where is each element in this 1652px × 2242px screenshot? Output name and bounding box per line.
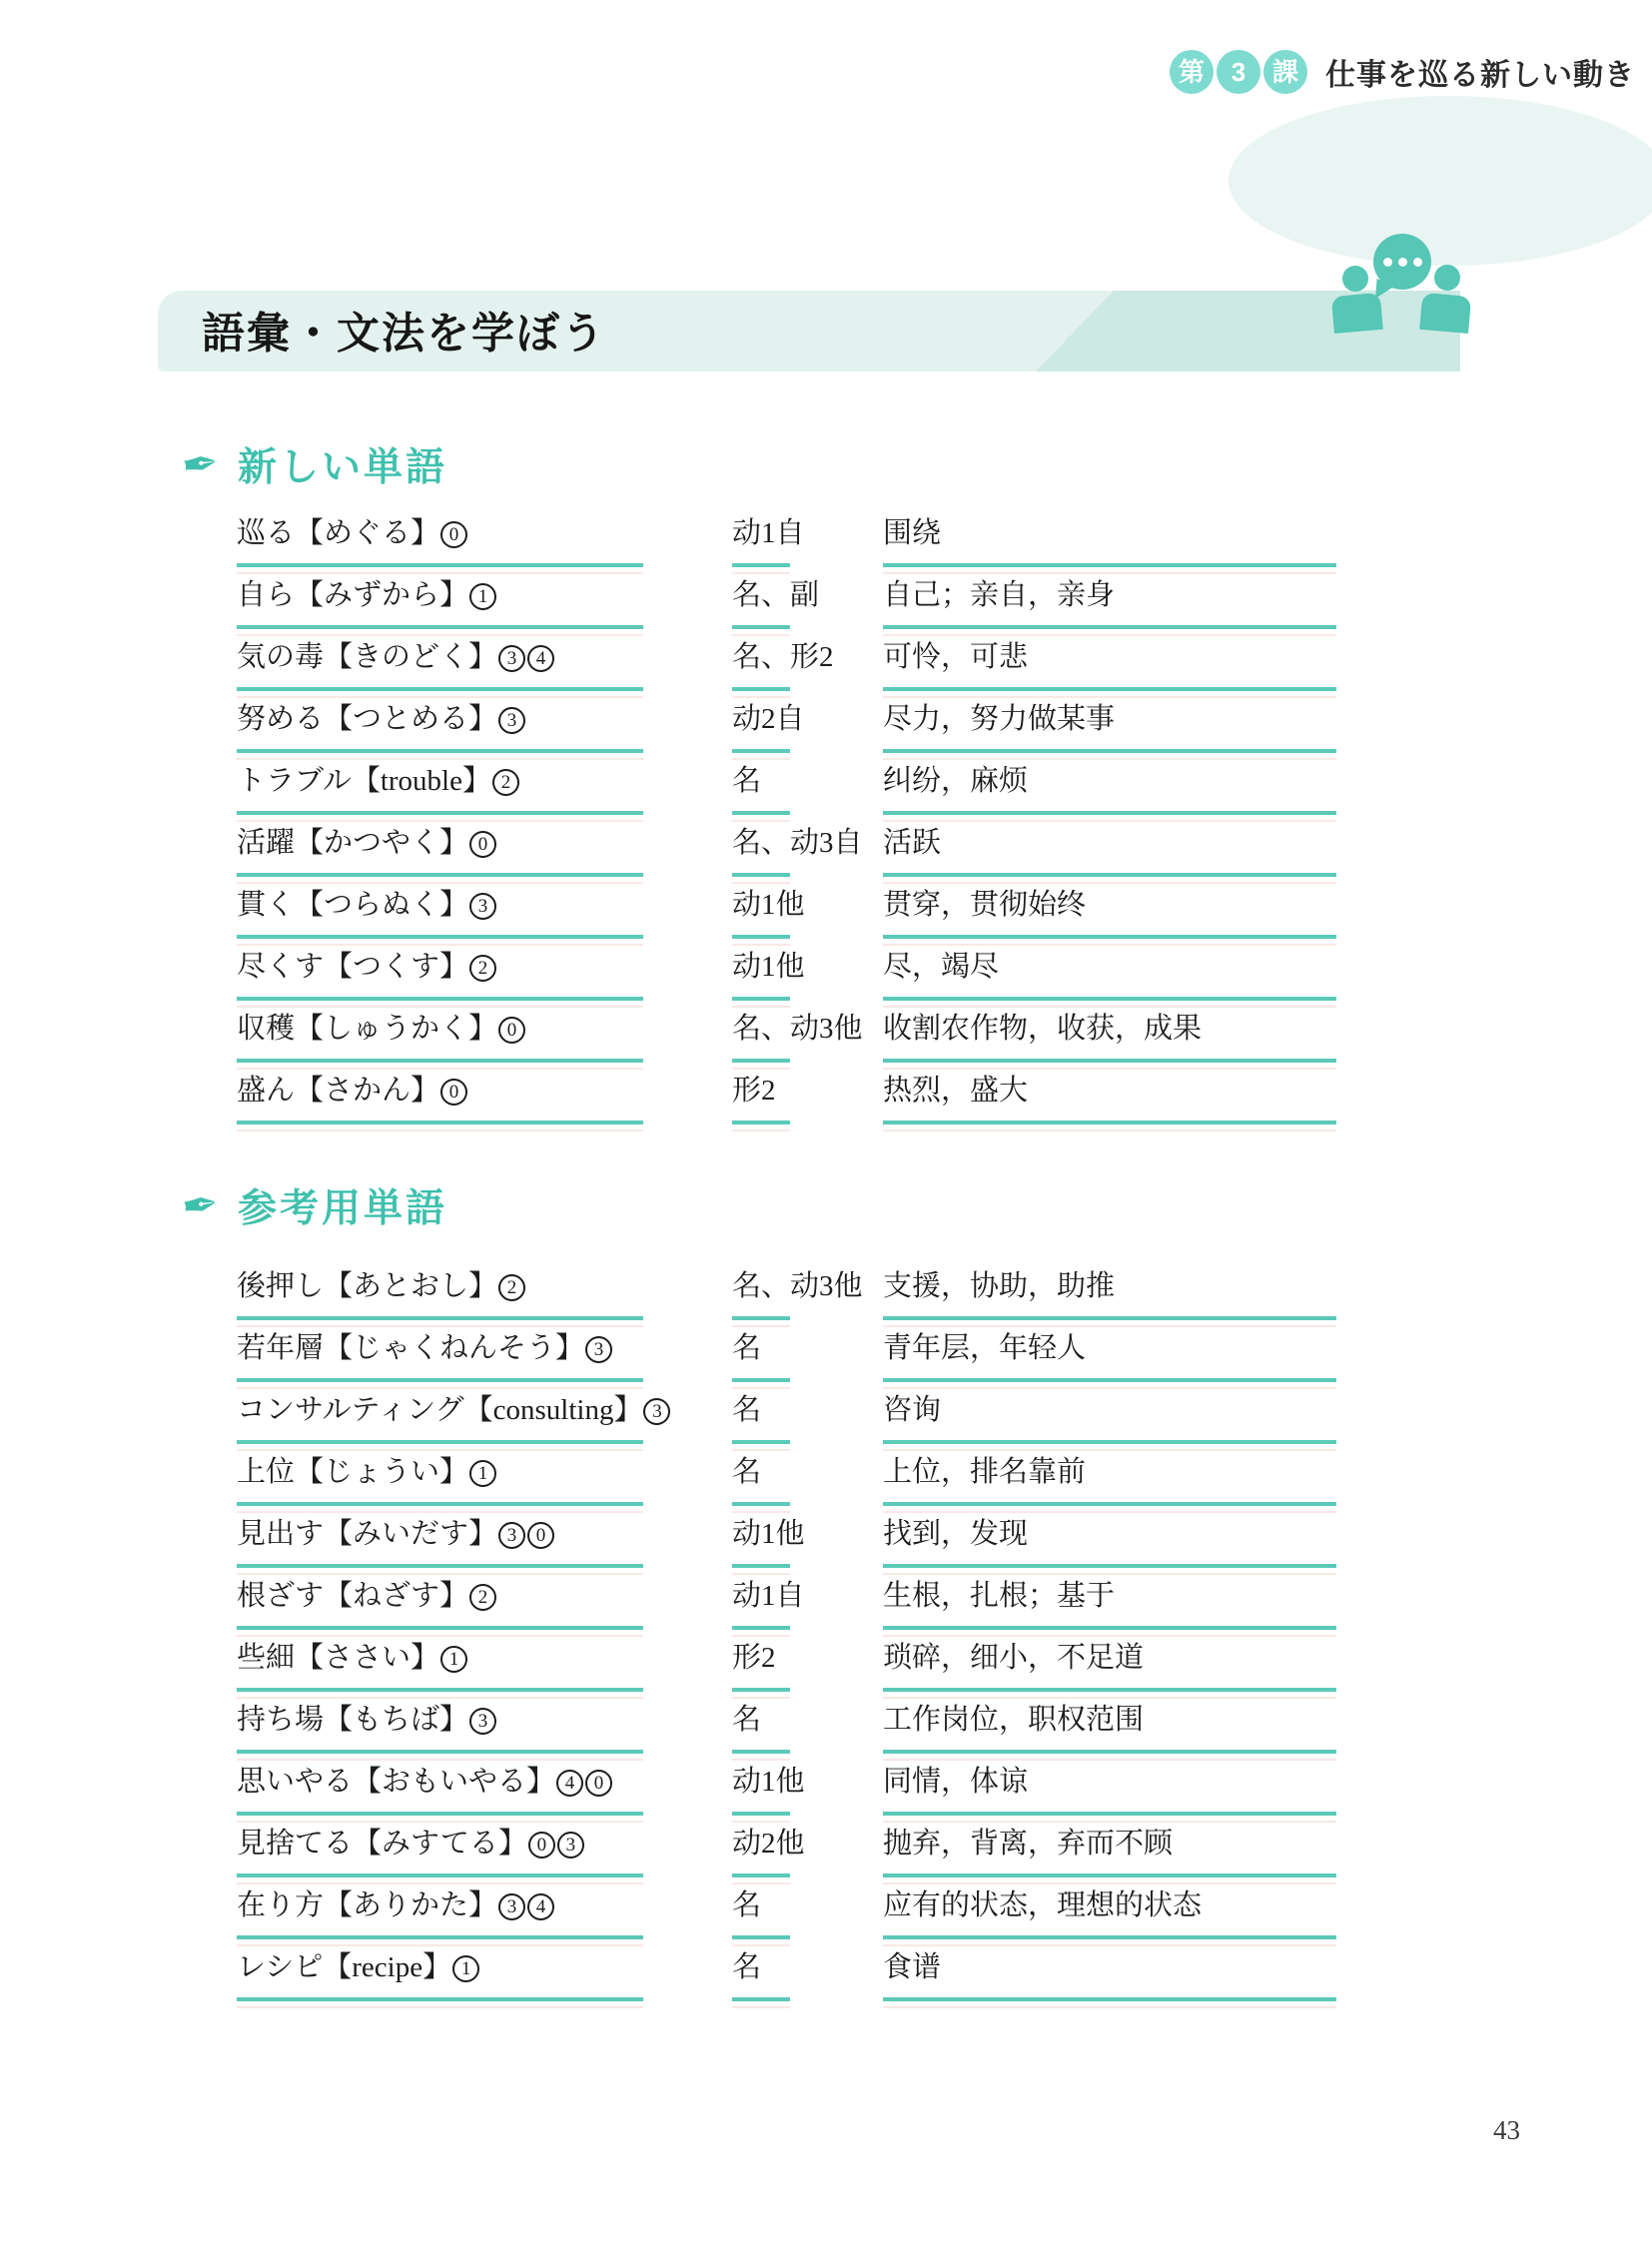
vocab-row: 見出す【みいだす】30 动1他 找到，发现: [237, 1506, 1520, 1568]
accent-number: 3: [498, 1522, 525, 1549]
chapter-badge: 第 3 課: [1170, 50, 1307, 94]
pos-cell: 名、副: [732, 567, 790, 629]
vocab-row: 収穫【しゅうかく】0 名、动3他 收割农作物，收获，成果: [237, 1001, 1520, 1063]
meaning-cell: 抛弃，背离，弃而不顾: [883, 1816, 1336, 1877]
pos-cell: 动1自: [732, 1568, 790, 1630]
chapter-badge-circle: 3: [1217, 50, 1260, 94]
accent-number: 2: [492, 769, 519, 796]
word-cell: 巡る【めぐる】0: [237, 505, 643, 567]
speech-dots-icon: [1398, 258, 1407, 267]
meaning-cell: 咨询: [883, 1382, 1336, 1444]
meaning-cell: 可怜，可悲: [883, 629, 1336, 691]
word-cell: 若年層【じゃくねんそう】3: [237, 1320, 643, 1382]
vocab-row: 気の毒【きのどく】34 名、形2 可怜，可悲: [237, 629, 1520, 691]
meaning-cell: 尽，竭尽: [883, 939, 1336, 1001]
pen-nib-icon: ✒: [179, 439, 235, 490]
accent-number: 3: [585, 1336, 612, 1363]
vocab-table: 巡る【めぐる】0 动1自 围绕 自ら【みずから】1 名、副 自己；亲自，亲身 気…: [237, 505, 1520, 1124]
vocab-row: 巡る【めぐる】0 动1自 围绕: [237, 505, 1520, 567]
textbook-page: 第 3 課 仕事を巡る新しい動き 語彙・文法を学ぼう ✒ 新しい単語 巡る【めぐ…: [0, 0, 1652, 2242]
word-cell: レシピ【recipe】1: [237, 1939, 643, 2001]
vocab-section: ✒ 参考用単語 後押し【あとおし】2 名、动3他 支援，协助，助推 若年層【じゃ…: [182, 1180, 1520, 2001]
vocab-section: ✒ 新しい単語 巡る【めぐる】0 动1自 围绕 自ら【みずから】1 名、副 自己…: [182, 439, 1520, 1124]
meaning-cell: 尽力，努力做某事: [883, 691, 1336, 753]
pos-cell: 动1他: [732, 877, 790, 939]
word-cell: トラブル【trouble】2: [237, 753, 643, 815]
meaning-cell: 活跃: [883, 815, 1336, 877]
pen-nib-icon: ✒: [179, 1180, 235, 1231]
section-title: ✒ 新しい単語: [182, 439, 1520, 489]
pos-cell: 名: [732, 1877, 790, 1939]
pos-cell: 形2: [732, 1063, 790, 1124]
vocab-row: レシピ【recipe】1 名 食谱: [237, 1939, 1520, 2001]
pos-cell: 名: [732, 1939, 790, 2001]
vocab-row: コンサルティング【consulting】3 名 咨询: [237, 1382, 1520, 1444]
word-cell: 自ら【みずから】1: [237, 567, 643, 629]
meaning-cell: 找到，发现: [883, 1506, 1336, 1568]
person-right-head-icon: [1434, 265, 1460, 291]
meaning-cell: 生根，扎根；基于: [883, 1568, 1336, 1630]
word-cell: 見捨てる【みすてる】03: [237, 1816, 643, 1877]
word-cell: 見出す【みいだす】30: [237, 1506, 643, 1568]
vocab-row: 尽くす【つくす】2 动1他 尽，竭尽: [237, 939, 1520, 1001]
chapter-header: 第 3 課 仕事を巡る新しい動き: [1170, 50, 1635, 94]
meaning-cell: 琐碎，细小，不足道: [883, 1630, 1336, 1692]
pos-cell: 名、动3他: [732, 1001, 790, 1063]
pos-cell: 形2: [732, 1630, 790, 1692]
person-right-body-icon: [1419, 293, 1471, 334]
pos-cell: 名: [732, 1444, 790, 1506]
accent-number: 2: [469, 955, 496, 982]
accent-number: 0: [440, 1079, 467, 1106]
word-cell: 収穫【しゅうかく】0: [237, 1001, 643, 1063]
section-title: ✒ 参考用単語: [182, 1180, 1520, 1230]
accent-number: 1: [469, 583, 496, 610]
pos-cell: 名: [732, 1382, 790, 1444]
pos-cell: 动2他: [732, 1816, 790, 1877]
accent-number: 3: [469, 893, 496, 920]
accent-number: 0: [469, 831, 496, 858]
word-cell: 上位【じょうい】1: [237, 1444, 643, 1506]
accent-number: 3: [557, 1832, 584, 1859]
vocab-row: 思いやる【おもいやる】40 动1他 同情，体谅: [237, 1754, 1520, 1816]
word-cell: 盛ん【さかん】0: [237, 1063, 643, 1124]
accent-number: 1: [452, 1955, 479, 1982]
word-cell: 尽くす【つくす】2: [237, 939, 643, 1001]
meaning-cell: 上位，排名靠前: [883, 1444, 1336, 1506]
vocab-row: 貫く【つらぬく】3 动1他 贯穿，贯彻始终: [237, 877, 1520, 939]
chapter-title: 仕事を巡る新しい動き: [1325, 50, 1635, 94]
pos-cell: 动1他: [732, 939, 790, 1001]
accent-number: 2: [498, 1274, 525, 1301]
person-left-head-icon: [1342, 266, 1368, 292]
vocab-row: トラブル【trouble】2 名 纠纷，麻烦: [237, 753, 1520, 815]
meaning-cell: 收割农作物，收获，成果: [883, 1001, 1336, 1063]
accent-number: 4: [556, 1770, 583, 1797]
accent-number: 1: [440, 1646, 467, 1673]
vocab-row: 些細【ささい】1 形2 琐碎，细小，不足道: [237, 1630, 1520, 1692]
banner-title: 語彙・文法を学ぼう: [202, 300, 606, 361]
accent-number: 0: [528, 1832, 555, 1859]
vocab-row: 盛ん【さかん】0 形2 热烈，盛大: [237, 1063, 1520, 1124]
speech-bubble-icon: [1373, 234, 1431, 290]
accent-number: 3: [498, 707, 525, 734]
pos-cell: 名、动3自: [732, 815, 790, 877]
vocab-row: 在り方【ありかた】34 名 应有的状态，理想的状态: [237, 1877, 1520, 1939]
word-cell: 後押し【あとおし】2: [237, 1258, 643, 1320]
pos-cell: 动1他: [732, 1506, 790, 1568]
meaning-cell: 围绕: [883, 505, 1336, 567]
pos-cell: 名: [732, 1320, 790, 1382]
meaning-cell: 热烈，盛大: [883, 1063, 1336, 1124]
meaning-cell: 贯穿，贯彻始终: [883, 877, 1336, 939]
person-left-body-icon: [1331, 293, 1383, 334]
accent-number: 0: [527, 1522, 554, 1549]
pos-cell: 名、形2: [732, 629, 790, 691]
accent-number: 0: [440, 521, 467, 548]
accent-number: 1: [469, 1460, 496, 1487]
meaning-cell: 自己；亲自，亲身: [883, 567, 1336, 629]
vocab-row: 若年層【じゃくねんそう】3 名 青年层，年轻人: [237, 1320, 1520, 1382]
vocab-table: 後押し【あとおし】2 名、动3他 支援，协助，助推 若年層【じゃくねんそう】3 …: [237, 1258, 1520, 2001]
meaning-cell: 应有的状态，理想的状态: [883, 1877, 1336, 1939]
accent-number: 4: [527, 1893, 554, 1920]
page-number: 43: [1493, 2115, 1520, 2146]
section-title-text: 参考用単語: [238, 1177, 447, 1233]
word-cell: 貫く【つらぬく】3: [237, 877, 643, 939]
accent-number: 0: [498, 1017, 525, 1044]
chapter-badge-circle: 課: [1263, 50, 1307, 94]
pos-cell: 名: [732, 753, 790, 815]
meaning-cell: 纠纷，麻烦: [883, 753, 1336, 815]
meaning-cell: 同情，体谅: [883, 1754, 1336, 1816]
pos-cell: 动2自: [732, 691, 790, 753]
vocab-row: 根ざす【ねざす】2 动1自 生根，扎根；基于: [237, 1568, 1520, 1630]
conversation-icon: [1331, 230, 1471, 334]
word-cell: 在り方【ありかた】34: [237, 1877, 643, 1939]
vocab-row: 上位【じょうい】1 名 上位，排名靠前: [237, 1444, 1520, 1506]
meaning-cell: 工作岗位，职权范围: [883, 1692, 1336, 1754]
word-cell: コンサルティング【consulting】3: [237, 1382, 643, 1444]
meaning-cell: 支援，协助，助推: [883, 1258, 1336, 1320]
accent-number: 3: [498, 645, 525, 672]
vocab-row: 持ち場【もちば】3 名 工作岗位，职权范围: [237, 1692, 1520, 1754]
word-cell: 些細【ささい】1: [237, 1630, 643, 1692]
pos-cell: 名: [732, 1692, 790, 1754]
accent-number: 3: [469, 1708, 496, 1735]
vocab-row: 後押し【あとおし】2 名、动3他 支援，协助，助推: [237, 1258, 1520, 1320]
section-banner: 語彙・文法を学ぼう: [158, 291, 1460, 372]
word-cell: 思いやる【おもいやる】40: [237, 1754, 643, 1816]
accent-number: 0: [585, 1770, 612, 1797]
vocab-row: 活躍【かつやく】0 名、动3自 活跃: [237, 815, 1520, 877]
vocab-row: 自ら【みずから】1 名、副 自己；亲自，亲身: [237, 567, 1520, 629]
accent-number: 3: [643, 1398, 670, 1425]
word-cell: 持ち場【もちば】3: [237, 1692, 643, 1754]
section-title-text: 新しい単語: [238, 436, 447, 492]
accent-number: 4: [527, 645, 554, 672]
chapter-badge-circle: 第: [1170, 50, 1214, 94]
vocab-row: 努める【つとめる】3 动2自 尽力，努力做某事: [237, 691, 1520, 753]
word-cell: 根ざす【ねざす】2: [237, 1568, 643, 1630]
meaning-cell: 食谱: [883, 1939, 1336, 2001]
word-cell: 努める【つとめる】3: [237, 691, 643, 753]
word-cell: 活躍【かつやく】0: [237, 815, 643, 877]
meaning-cell: 青年层，年轻人: [883, 1320, 1336, 1382]
pos-cell: 名、动3他: [732, 1258, 790, 1320]
word-cell: 気の毒【きのどく】34: [237, 629, 643, 691]
vocab-row: 見捨てる【みすてる】03 动2他 抛弃，背离，弃而不顾: [237, 1816, 1520, 1877]
accent-number: 3: [498, 1893, 525, 1920]
accent-number: 2: [469, 1584, 496, 1611]
pos-cell: 动1自: [732, 505, 790, 567]
pos-cell: 动1他: [732, 1754, 790, 1816]
